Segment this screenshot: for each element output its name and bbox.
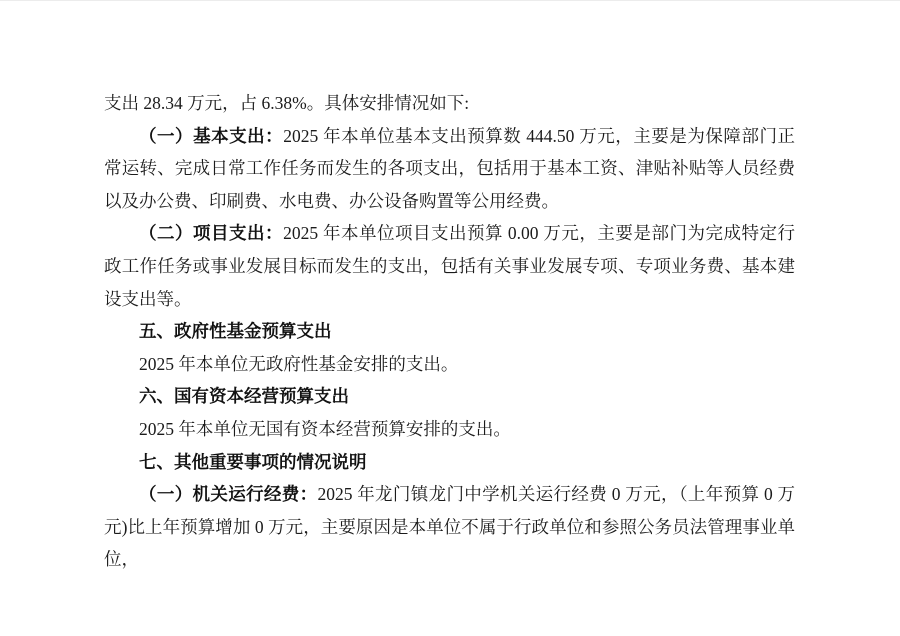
paragraph-state-capital-note: 2025 年本单位无国有资本经营预算安排的支出。 [104, 413, 795, 446]
paragraph-govt-fund-note: 2025 年本单位无政府性基金安排的支出。 [104, 348, 795, 381]
paragraph-agency-operating-cost: （一）机关运行经费：2025 年龙门镇龙门中学机关运行经费 0 万元，（上年预算… [104, 478, 795, 576]
paragraph-project-expenditure: （二）项目支出：2025 年本单位项目支出预算 0.00 万元，主要是部门为完成… [104, 217, 795, 315]
heading-govt-fund-budget: 五、政府性基金预算支出 [104, 315, 795, 348]
paragraph-intro: 支出 28.34 万元，占 6.38%。具体安排情况如下: [104, 87, 795, 120]
heading-other-important-matters: 七、其他重要事项的情况说明 [104, 446, 795, 479]
document-page: 支出 28.34 万元，占 6.38%。具体安排情况如下: （一）基本支出：20… [0, 0, 900, 636]
paragraph-basic-expenditure-lead: （一）基本支出： [139, 126, 283, 146]
paragraph-project-expenditure-lead: （二）项目支出： [139, 223, 283, 243]
paragraph-agency-operating-cost-lead: （一）机关运行经费： [139, 484, 317, 504]
paragraph-basic-expenditure: （一）基本支出：2025 年本单位基本支出预算数 444.50 万元，主要是为保… [104, 120, 795, 218]
heading-state-capital-budget: 六、国有资本经营预算支出 [104, 380, 795, 413]
